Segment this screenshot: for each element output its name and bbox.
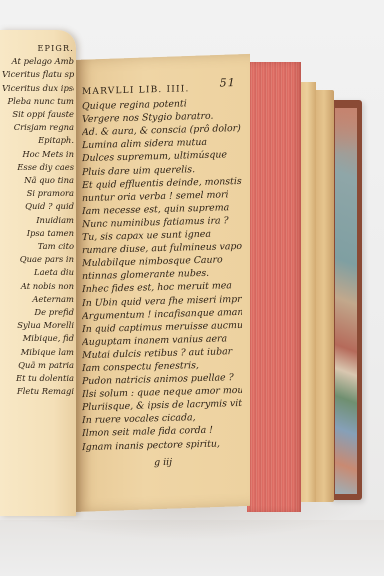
marbled-endpaper	[335, 108, 357, 494]
verse-line: Pleba nunc tum	[2, 95, 74, 108]
verse-line: Et tu dolentia	[2, 372, 74, 385]
verse-line: Hoc Mets in	[2, 148, 74, 161]
verse-line: Esse diy caes	[2, 161, 74, 174]
left-page-text: EPIGR. At pelago AmbViceritus flatu spVi…	[2, 42, 74, 398]
right-page-text: MARVLLI LIB. IIII. 51 Quique regina pote…	[82, 82, 242, 471]
verse-line: Ipsa tamen	[2, 227, 74, 240]
verse-line: Fletu Remagi	[2, 385, 74, 398]
folio-number: 51	[220, 76, 236, 90]
verse-line: Aeternam	[2, 293, 74, 306]
verse-line: Tam cito	[2, 240, 74, 253]
verse-line: Quae pars in	[2, 253, 74, 266]
verse-line: Viceritus dux ipse	[2, 82, 74, 95]
left-running-head: EPIGR.	[2, 42, 74, 55]
verse-line: Inuidiam	[2, 214, 74, 227]
verse-line: Quã m patria	[2, 359, 74, 372]
verse-line: Epitaph.	[2, 134, 74, 147]
verse-line: Viceritus flatu sp	[2, 68, 74, 81]
verse-line: Mibique lam	[2, 346, 74, 359]
verse-line: Crisjam regna	[2, 121, 74, 134]
red-stained-fore-edge	[247, 62, 301, 512]
rear-page-block	[314, 90, 334, 502]
verse-line: Nã quo tina	[2, 174, 74, 187]
verse-line: Laeta diu	[2, 266, 74, 279]
verse-line: Sylua Morelli	[2, 319, 74, 332]
verse-line: At nobis non	[2, 280, 74, 293]
verse-line: At pelago Amb	[2, 55, 74, 68]
verse-line: De prefid	[2, 306, 74, 319]
left-verse-lines: At pelago AmbViceritus flatu spViceritus…	[2, 55, 74, 398]
verse-line: Sit oppi fauste	[2, 108, 74, 121]
verse-line: Mibique, fid	[2, 332, 74, 345]
verse-line: Quid ? quid	[2, 200, 74, 213]
running-head-text: MARVLLI LIB. IIII.	[82, 84, 190, 97]
verse-lines: Quique regina potentiVergere nos Stygio …	[82, 96, 242, 454]
verse-line: Si pramora	[2, 187, 74, 200]
